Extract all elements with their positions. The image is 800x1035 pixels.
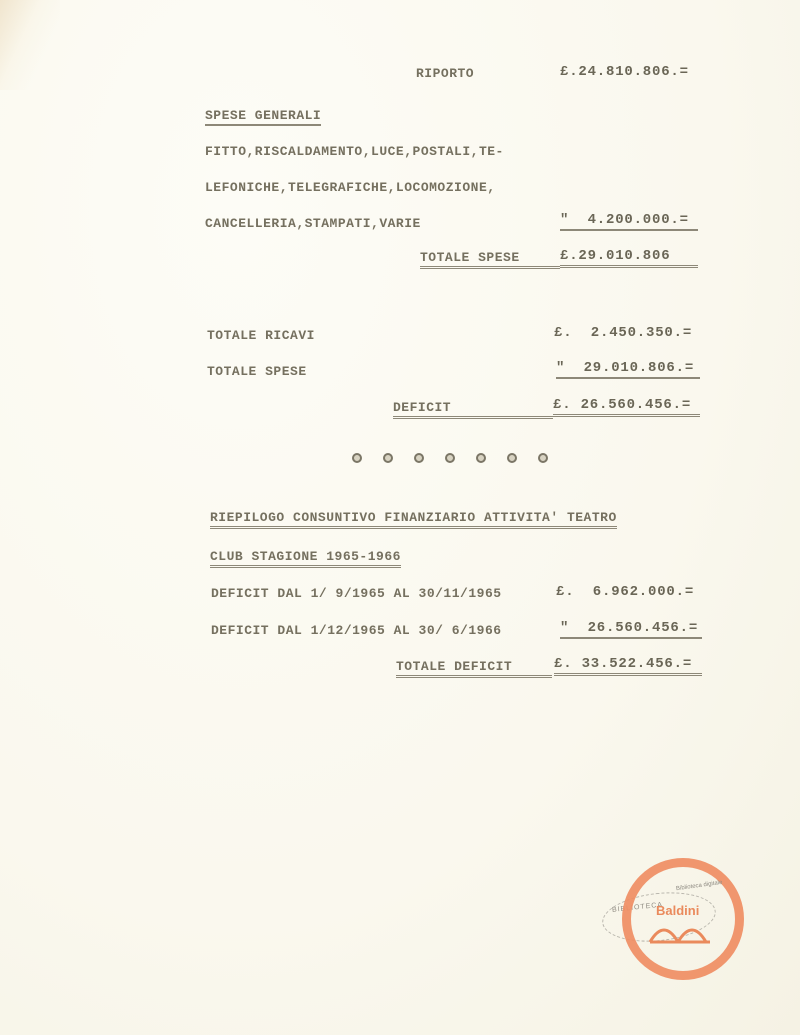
dot [507, 453, 517, 463]
spese-line-2: LEFONICHE,TELEGRAFICHE,LOCOMOZIONE, [205, 180, 496, 195]
document-page: RIPORTO £.24.810.806.= SPESE GENERALI FI… [0, 0, 800, 1035]
totale-spese-amount: £.29.010.806 [560, 248, 698, 268]
dot [383, 453, 393, 463]
baldini-logo-ring [622, 858, 744, 980]
deficit-row-2-amount: " 26.560.456.= [560, 620, 702, 639]
dot [476, 453, 486, 463]
riepilogo-heading-1: RIEPILOGO CONSUNTIVO FINANZIARIO ATTIVIT… [210, 510, 617, 529]
spese-line-3: CANCELLERIA,STAMPATI,VARIE [205, 216, 421, 231]
riporto-amount: £.24.810.806.= [560, 64, 689, 80]
spese-line-1: FITTO,RISCALDAMENTO,LUCE,POSTALI,TE- [205, 144, 504, 159]
totale-spese-summary-label: TOTALE SPESE [207, 364, 307, 379]
totale-ricavi-amount: £. 2.450.350.= [554, 325, 692, 341]
riepilogo-heading-2: CLUB STAGIONE 1965-1966 [210, 549, 401, 568]
dot [414, 453, 424, 463]
totale-deficit-label: TOTALE DEFICIT [396, 659, 552, 678]
arches-icon [648, 922, 712, 944]
dot [445, 453, 455, 463]
dot [538, 453, 548, 463]
spese-generali-heading: SPESE GENERALI [205, 108, 321, 126]
totale-deficit-amount: £. 33.522.456.= [554, 656, 702, 676]
riporto-label: RIPORTO [416, 66, 474, 81]
paper-stain [0, 0, 60, 90]
deficit-label: DEFICIT [393, 400, 553, 419]
totale-spese-summary-amount: " 29.010.806.= [556, 360, 700, 379]
dot [352, 453, 362, 463]
deficit-row-2-label: DEFICIT DAL 1/12/1965 AL 30/ 6/1966 [211, 623, 502, 638]
spese-generali-amount: " 4.200.000.= [560, 212, 698, 231]
deficit-row-1-amount: £. 6.962.000.= [556, 584, 694, 600]
baldini-logo-text: Baldini [656, 903, 699, 918]
deficit-amount: £. 26.560.456.= [553, 397, 700, 417]
totale-ricavi-label: TOTALE RICAVI [207, 328, 315, 343]
deficit-row-1-label: DEFICIT DAL 1/ 9/1965 AL 30/11/1965 [211, 586, 502, 601]
separator-dots [352, 453, 548, 463]
totale-spese-label: TOTALE SPESE [420, 250, 560, 269]
